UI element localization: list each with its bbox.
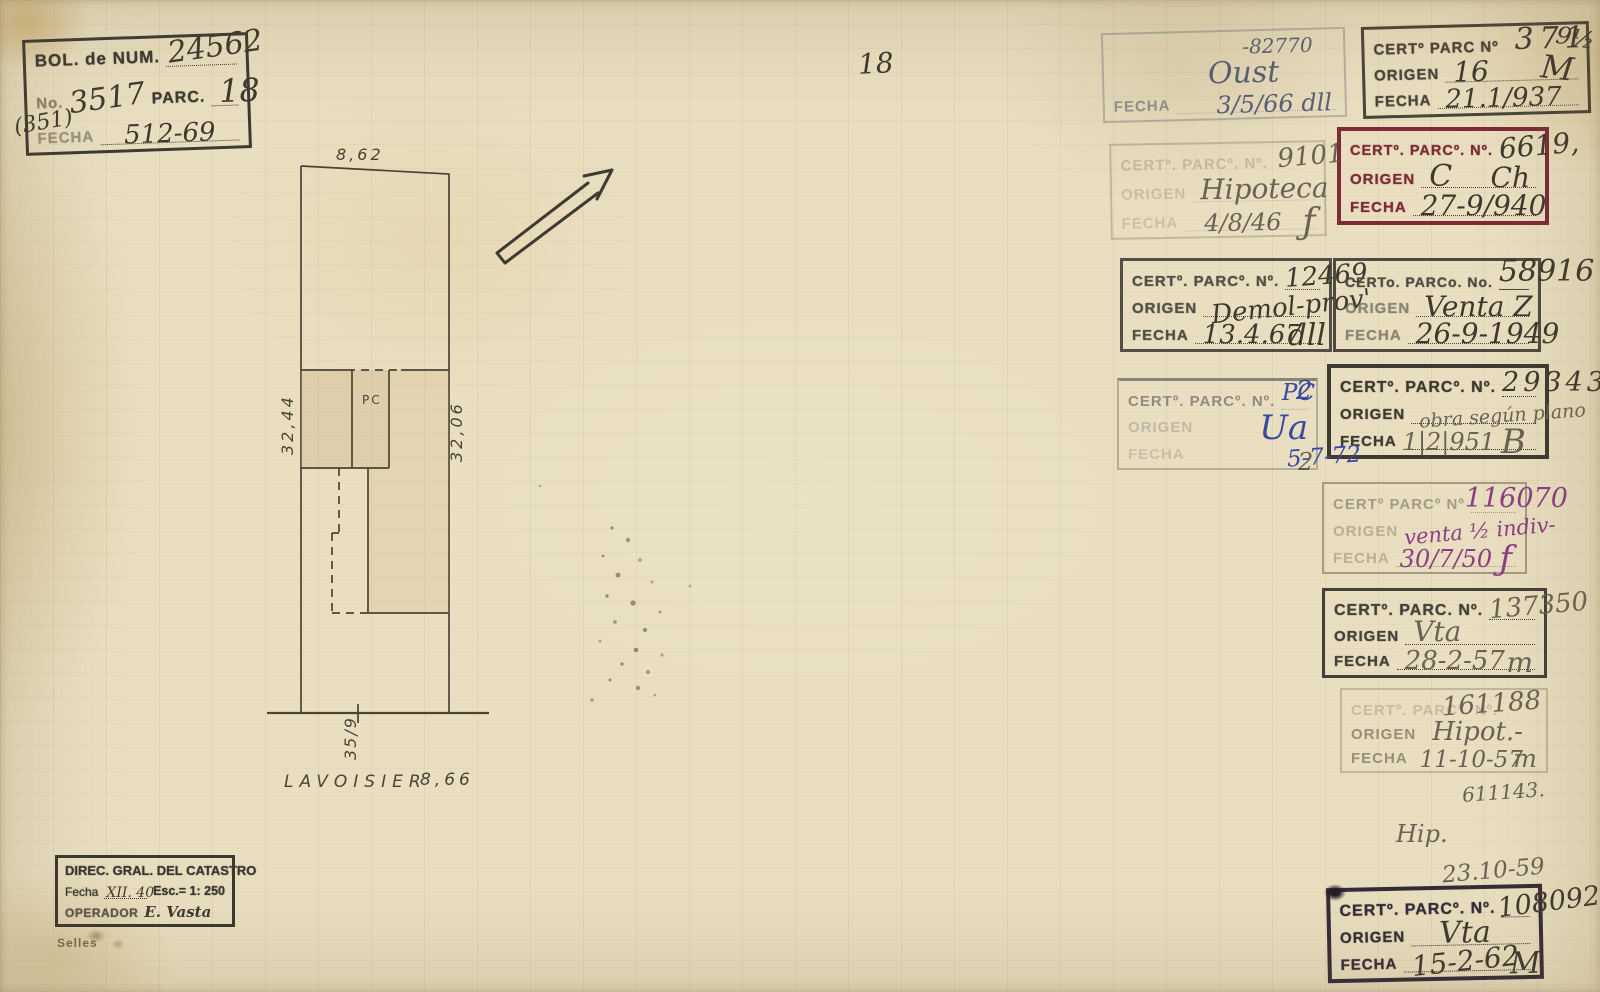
- fecha-label: FECHA: [1350, 200, 1407, 217]
- fecha-label: FECHA: [1132, 328, 1189, 345]
- origen-label: ORIGEN: [1128, 420, 1193, 437]
- origen-label: ORIGEN: [1374, 66, 1440, 84]
- stamp-fecha-row: FECHA 11-10-57 m: [1351, 743, 1537, 767]
- origen-label: ORIGEN: [1340, 930, 1406, 948]
- origen-label: ORIGEN: [1333, 524, 1398, 541]
- cert-number: 6619,: [1498, 129, 1580, 164]
- dim-frontage: 35/9: [341, 716, 360, 760]
- catastro-operador-line: E. Vasta: [144, 904, 225, 920]
- cert-stamp-pc: CERTº. PARCº. Nº. PC ORIGEN Ua FECHA 5-7…: [1117, 378, 1318, 470]
- bol-fecha-row: FECHA 512-69: [37, 116, 240, 147]
- stamp-number-row: CERTº. PARCº. Nº. 29343: [1340, 373, 1536, 397]
- origen-note: Ch: [1491, 164, 1530, 192]
- cert-stamp-137350: CERTº. PARC. Nº. 137350 ORIGEN Vta FECHA…: [1322, 588, 1547, 678]
- cert-number: 161188: [1441, 688, 1542, 721]
- fecha-value: 30/7/50: [1400, 547, 1493, 571]
- catastro-title-row: DIREC. GRAL. DEL CATASTRO: [65, 862, 225, 878]
- stamp-origen-row: ORIGEN Demol-prov': [1132, 293, 1320, 317]
- catastro-operador-row: OPERADOR E. Vasta: [65, 904, 225, 920]
- stamp-origen-row: ORIGEN Vta: [1334, 621, 1535, 645]
- stamp-origen-row: ORIGEN Ua: [1128, 413, 1307, 437]
- cert-stamp-58916: CERTo. PARCo. No. 58916 ORIGEN Venta Z F…: [1333, 258, 1541, 352]
- origen-line: venta ½ indiv-: [1404, 516, 1516, 540]
- fecha-signature: M: [1510, 949, 1541, 980]
- number-line: 161188: [1504, 695, 1537, 719]
- stamp-origen-row: ORIGEN venta ½ indiv-: [1333, 516, 1516, 540]
- origen-value: Oust: [1208, 58, 1280, 90]
- bol-num-stamp: BOL. de NUM. 24562 No. 3517 PARC. 18 FEC…: [22, 32, 252, 156]
- origen-line: 16 M: [1445, 55, 1578, 82]
- stamp-number-row: CERTº. PARCº. Nº. 6619,: [1350, 136, 1536, 160]
- origen-value: C: [1429, 162, 1452, 192]
- fecha-line: 5-7-72: [1191, 439, 1307, 463]
- pencil-note-hip: Hip.: [1396, 822, 1448, 846]
- origen-value: Hipot.-: [1432, 719, 1523, 745]
- fecha-line: 11-10-57 m: [1414, 743, 1537, 767]
- number-line: 58916: [1499, 266, 1529, 290]
- stamp-fecha-row: FECHA 30/7/50 ƒ: [1333, 543, 1516, 567]
- fecha-label: FECHA: [1114, 98, 1171, 116]
- catastro-fecha-line: XII. 40: [104, 883, 147, 899]
- fecha-label: FECHA: [1334, 654, 1391, 671]
- printer-imprint: Selles: [57, 936, 98, 950]
- bol-no-label: No.: [36, 95, 64, 112]
- parcel-outline: [267, 166, 489, 723]
- catastro-escala: Esc.= 1: 250: [153, 885, 225, 899]
- stamp-fecha-row: FECHA 28-2-57 m: [1334, 646, 1535, 670]
- dim-left-side: 32,44: [278, 394, 297, 455]
- number-line: 6619,: [1499, 136, 1536, 160]
- pencil-note-number: 611143.: [1461, 779, 1545, 805]
- cert-stamp-12469: CERTº. PARCº. Nº. 12469 ORIGEN Demol-pro…: [1120, 258, 1332, 352]
- cert-number: 108092: [1496, 882, 1600, 922]
- fecha-value: 27-9/940: [1421, 192, 1547, 220]
- stamp-number-row: CERTº. PARCº. Nº. 9101: [1120, 147, 1314, 174]
- cert-stamp-371: CERTº PARC Nº 371 ORIGEN 16 M FECHA 21.1…: [1361, 21, 1591, 119]
- origen-line: Ua: [1199, 413, 1307, 437]
- cert-number: 58916: [1499, 257, 1594, 287]
- cert-number: 137350: [1488, 589, 1589, 624]
- building-label-pc: PC: [362, 393, 382, 407]
- fecha-label: FECHA: [1345, 328, 1402, 345]
- fecha-line: 15-2-62 M: [1403, 946, 1531, 973]
- fecha-value: 28-2-57: [1405, 648, 1505, 674]
- fecha-value: 26-9-1949: [1416, 320, 1560, 348]
- bol-parc-line: 18: [211, 75, 239, 106]
- catastro-fecha-row: Fecha XII. 40 Esc.= 1: 250: [65, 883, 225, 899]
- stamp-number-row: CERTº. PARCº. Nº. PC: [1128, 386, 1307, 410]
- cert-stamp-9101: CERTº. PARCº. Nº. 9101 ORIGEN Hipoteca F…: [1109, 140, 1327, 240]
- street-width-label: 8,66: [420, 770, 474, 790]
- fecha-value: 1|2|951: [1403, 430, 1496, 454]
- origen-line: C Ch: [1421, 164, 1536, 188]
- origen-line: Demol-prov': [1203, 293, 1320, 317]
- stamp-number-row: CERTº PARCº Nº 116070: [1333, 489, 1516, 513]
- cert-number: 9101: [1277, 141, 1345, 173]
- dim-top-width: 8,62: [336, 145, 384, 164]
- stamp-origen-row: ORIGEN Hipoteca: [1121, 176, 1315, 203]
- cert-stamp-82770: -82770 Oust FECHA 3/5/66 dll: [1101, 27, 1347, 123]
- stamp-fecha-row: FECHA 1|2|951 B: [1340, 426, 1536, 450]
- origen-label: ORIGEN: [1334, 629, 1399, 646]
- catastro-office-stamp: DIREC. GRAL. DEL CATASTRO Fecha XII. 40 …: [55, 855, 235, 927]
- number-line: 108092: [1501, 893, 1529, 918]
- stamp-number-row: CERTº. PARCº. Nº. 161188: [1351, 695, 1537, 719]
- fecha-label: FECHA: [1375, 93, 1432, 111]
- fecha-line: 13.4.67 dll: [1195, 320, 1320, 344]
- cert-label: CERTº. PARCº. Nº.: [1128, 394, 1275, 411]
- catastro-operador-label: OPERADOR: [65, 907, 138, 920]
- fecha-line: 30/7/50 ƒ: [1396, 543, 1516, 567]
- fecha-line: 27-9/940: [1413, 192, 1536, 216]
- fecha-line: 1|2|951 B: [1403, 426, 1536, 450]
- origen-line: Venta Z: [1416, 293, 1529, 317]
- fecha-line: 4/8/46 ƒ: [1184, 205, 1316, 231]
- cert-label: CERTº. PARCº. Nº.: [1132, 274, 1279, 291]
- fecha-value: 4/8/46: [1204, 210, 1282, 235]
- fecha-signature: m: [1513, 746, 1537, 771]
- cert-label: CERTº. PARCº. Nº.: [1340, 379, 1496, 397]
- number-line: 29343: [1502, 373, 1536, 397]
- cert-label: CERTo. PARCo. No.: [1345, 275, 1493, 290]
- stamp-fecha-row: FECHA 15-2-62 M: [1340, 946, 1530, 974]
- fecha-label: FECHA: [1333, 551, 1390, 568]
- fecha-signature: ƒ: [1499, 542, 1512, 576]
- cert-label: CERTº PARCº Nº: [1333, 497, 1465, 514]
- stamp-fecha-row: FECHA 26-9-1949: [1345, 320, 1529, 344]
- bol-no-value: 3517: [68, 79, 148, 119]
- cert-label: CERTº. PARCº. Nº.: [1350, 144, 1493, 160]
- fecha-line: 26-9-1949: [1408, 320, 1529, 344]
- number-line: 12469: [1285, 266, 1320, 290]
- fecha-signature: ƒ: [1302, 204, 1316, 240]
- cert-number: PC: [1282, 382, 1315, 405]
- fecha-label: FECHA: [1121, 215, 1178, 232]
- bol-parc-value: 18: [219, 74, 261, 107]
- dim-right-side: 32,06: [447, 401, 466, 462]
- north-arrow-icon: [497, 170, 612, 263]
- stamp-number-row: CERTº. PARCº. Nº. 108092: [1339, 893, 1529, 921]
- cert-number: 29343: [1502, 369, 1600, 396]
- bol-parc-label: PARC.: [151, 89, 205, 108]
- fecha-signature: B: [1501, 425, 1526, 459]
- origen-line: Hipot.-: [1422, 719, 1537, 743]
- cert-stamp-161188: CERTº. PARCº. Nº. 161188 ORIGEN Hipot.- …: [1340, 688, 1548, 773]
- stamp-fecha-row: FECHA 5-7-72: [1128, 439, 1307, 463]
- bol-title-row: BOL. de NUM. 24562: [34, 41, 237, 72]
- stamp-origen-row: ORIGEN obra según plano: [1340, 400, 1536, 424]
- fecha-signature: dll: [1288, 321, 1326, 351]
- bol-fecha-line: 512-69: [100, 116, 240, 145]
- origen-line: Hipoteca: [1192, 176, 1315, 202]
- origen-label: ORIGEN: [1340, 407, 1405, 424]
- fecha-line: 21.1/937: [1437, 81, 1579, 109]
- ink-speckles: [539, 485, 692, 702]
- catastro-fecha-label: Fecha: [65, 886, 98, 899]
- origen-line: obra según plano: [1411, 400, 1536, 424]
- cert-number: -82770: [1242, 35, 1313, 57]
- fecha-value: 21.1/937: [1445, 84, 1562, 113]
- fecha-value: 3/5/66 dll: [1216, 90, 1332, 117]
- origen-value: Hipoteca: [1200, 174, 1329, 204]
- street-name-label: LAVOISIER: [284, 772, 427, 792]
- bol-fecha-value: 512-69: [124, 119, 216, 148]
- origen-value: 16: [1453, 58, 1489, 87]
- page-number-annotation: 18: [857, 49, 894, 79]
- bol-number-value: 24562: [166, 26, 265, 69]
- fecha-line: 3/5/66 dll: [1176, 86, 1336, 114]
- origen-label: ORIGEN: [1121, 186, 1186, 204]
- pencil-note-date: 23.10-59: [1441, 856, 1546, 888]
- stamp-origen-row: Oust: [1113, 60, 1336, 90]
- fecha-label: FECHA: [1351, 751, 1408, 768]
- stamp-origen-row: ORIGEN Venta Z: [1345, 293, 1529, 317]
- stamp-fecha-row: FECHA 13.4.67 dll: [1132, 320, 1320, 344]
- number-line: 137350: [1489, 596, 1535, 620]
- cadastral-card: 8,62 32,44 32,06 35/9 PC LAVOISIER 8,66 …: [0, 0, 1600, 992]
- fecha-label: FECHA: [1128, 447, 1185, 464]
- origen-signature: M: [1540, 50, 1576, 86]
- stamp-fecha-row: FECHA 27-9/940: [1350, 192, 1536, 216]
- fecha-label: FECHA: [1340, 956, 1397, 974]
- origen-label: ORIGEN: [1132, 301, 1197, 318]
- stamp-number-row: CERTº. PARCº. Nº. 12469: [1132, 266, 1320, 290]
- cert-stamp-6619: CERTº. PARCº. Nº. 6619, ORIGEN C Ch FECH…: [1337, 127, 1549, 225]
- cert-stamp-108092: CERTº. PARCº. Nº. 108092 ORIGEN Vta FECH…: [1326, 884, 1544, 984]
- origen-line: Oust: [1113, 60, 1336, 90]
- stamp-fecha-row: FECHA 3/5/66 dll: [1113, 86, 1336, 116]
- origen-label: ORIGEN: [1350, 172, 1415, 189]
- origen-value: Vta: [1413, 618, 1461, 646]
- bol-parcel-row: No. 3517 PARC. 18: [36, 75, 239, 112]
- fecha-signature: m: [1506, 649, 1533, 677]
- bol-number-line: 24562: [166, 41, 237, 67]
- stamp-origen-row: ORIGEN C Ch: [1350, 164, 1536, 188]
- origen-line: Vta: [1405, 621, 1535, 645]
- stamp-fecha-row: FECHA 4/8/46 ƒ: [1121, 205, 1315, 232]
- number-line: PC: [1281, 386, 1307, 410]
- fecha-value: 11-10-57: [1420, 749, 1523, 772]
- cert-stamp-116070: CERTº PARCº Nº 116070 ORIGEN venta ½ ind…: [1322, 482, 1527, 574]
- number-line: 116070: [1471, 489, 1516, 513]
- stamp-origen-row: ORIGEN Hipot.-: [1351, 719, 1537, 743]
- stamp-fecha-row: FECHA 21.1/937: [1374, 81, 1579, 110]
- bol-title: BOL. de NUM.: [35, 48, 161, 71]
- stamp-number-row: CERTo. PARCo. No. 58916: [1345, 266, 1529, 290]
- origen-label: ORIGEN: [1351, 727, 1416, 744]
- cert-number: 116070: [1465, 485, 1568, 512]
- catastro-operador-value: E. Vasta: [144, 905, 211, 920]
- origen-label: ORIGEN: [1345, 301, 1410, 318]
- bol-fecha-label: FECHA: [37, 129, 94, 147]
- catastro-fecha-value: XII. 40: [106, 886, 154, 900]
- number-line: 9101: [1274, 147, 1315, 172]
- stamp-origen-row: ORIGEN 16 M: [1374, 55, 1579, 84]
- catastro-title: DIREC. GRAL. DEL CATASTRO: [65, 864, 256, 878]
- fecha-line: 28-2-57 m: [1397, 646, 1535, 670]
- fecha-value: 15-2-62: [1410, 942, 1520, 982]
- fecha-value: 5-7-72: [1286, 443, 1362, 471]
